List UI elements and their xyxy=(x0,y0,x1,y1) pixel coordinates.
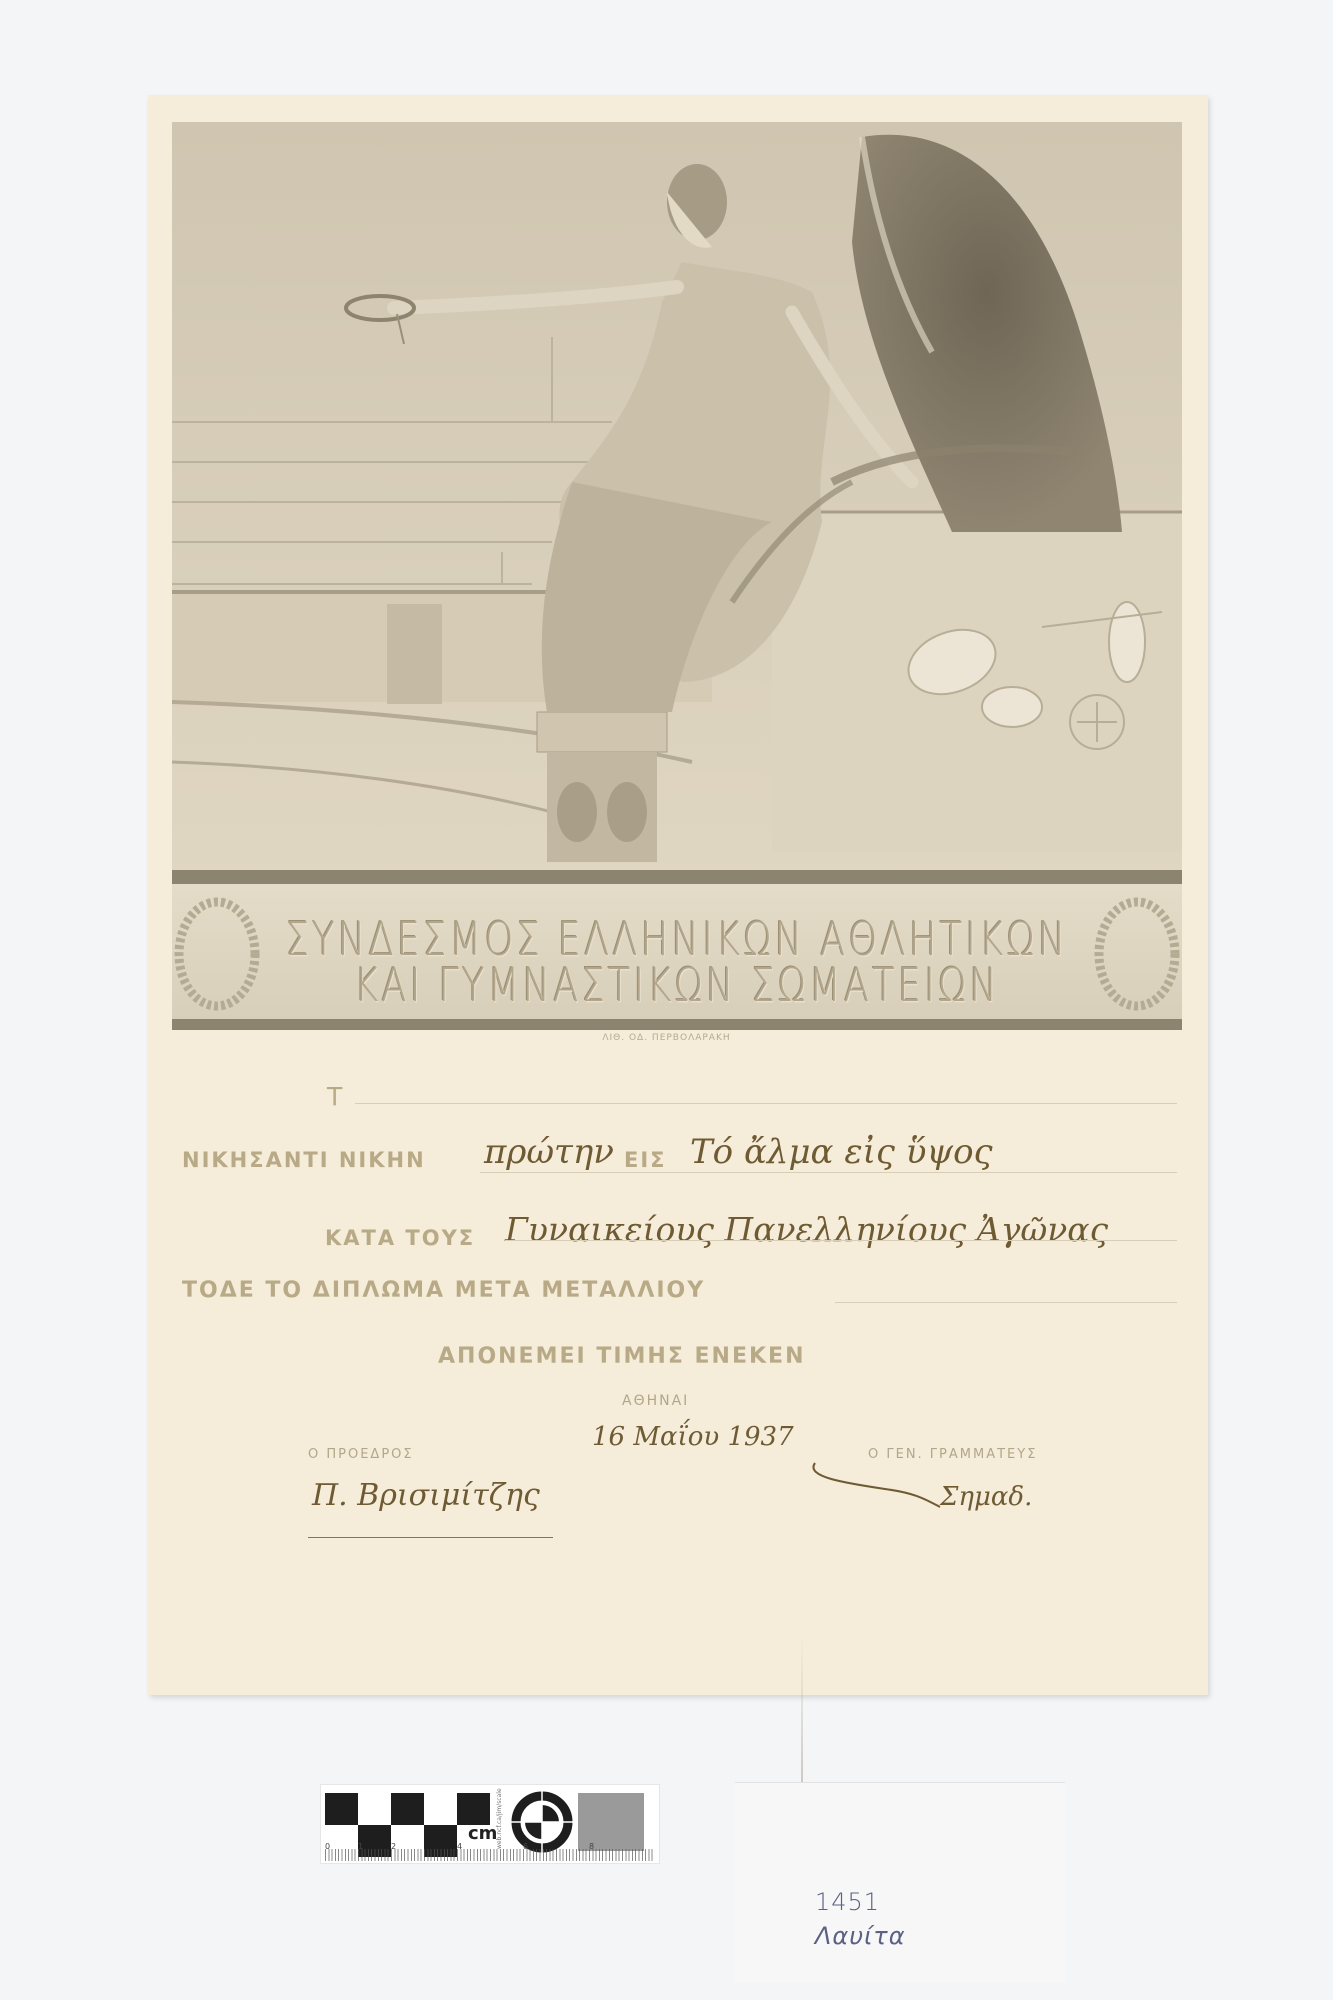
line1-label: ΝΙΚΗΣΑΝΤΙ ΝΙΚΗΝ xyxy=(182,1148,426,1172)
catalog-number: 1451 xyxy=(815,1888,880,1916)
line3-rule xyxy=(835,1302,1177,1303)
date-value: 16 Μαΐου 1937 xyxy=(592,1422,794,1452)
line4-label: ΑΠΟΝΕΜΕΙ ΤΙΜΗΣ ΕΝΕΚΕΝ xyxy=(438,1344,806,1369)
line2-label: ΚΑΤΑ ΤΟΥΣ xyxy=(325,1226,475,1250)
president-signature-underline xyxy=(308,1537,553,1538)
secretary-signature: Σημαδ. xyxy=(940,1482,1032,1512)
recipient-prefix: Τ xyxy=(327,1082,344,1111)
scale-source-text: web.ncf.ca/jim/scale xyxy=(496,1789,503,1849)
catalog-card xyxy=(735,1782,1065,1983)
scale-square xyxy=(325,1793,358,1825)
line3-label: ΤΟΔΕ ΤΟ ΔΙΠΛΩΜΑ ΜΕΤΑ ΜΕΤΑΛΛΙΟΥ xyxy=(182,1278,705,1303)
line1-rule xyxy=(480,1172,1177,1173)
frieze-line-2: ΚΑΙ ΓΥΜΝΑΣΤΙΚΩΝ ΣΩΜΑΤΕΙΩΝ xyxy=(172,959,1182,1013)
president-signature: Π. Βρισιμίτζης xyxy=(312,1478,540,1513)
place-label: ΑΘΗΝΑΙ xyxy=(622,1393,689,1409)
line2-value: Γυναικείους Πανελληνίους Ἀγῶνας xyxy=(505,1210,1108,1249)
line1-value-b: Τό ἄλμα εἰς ὕψος xyxy=(690,1132,993,1172)
line1-label-b: ΕΙΣ xyxy=(624,1148,667,1172)
line1-value-a: πρώτην xyxy=(484,1132,614,1172)
catalog-name: Λαυίτα xyxy=(815,1922,906,1950)
scale-square xyxy=(457,1793,490,1825)
color-scale-bar: cm web.ncf.ca/jim/scale 0 1 2 4 6 8 xyxy=(320,1784,660,1864)
unit-label: cm xyxy=(468,1823,497,1844)
ruler-ticks xyxy=(325,1849,655,1861)
scale-square xyxy=(391,1793,424,1825)
recipient-line xyxy=(355,1103,1177,1104)
printer-credit: ΛΙΘ. ΟΔ. ΠΕΡΒΟΛΑΡΑΚΗ xyxy=(0,1033,1333,1043)
president-label: Ο ΠΡΟΕΔΡΟΣ xyxy=(308,1447,414,1462)
illustration-art xyxy=(172,122,1182,1030)
paper-crease xyxy=(801,1635,803,1795)
grey-reference-patch xyxy=(578,1793,644,1851)
target-icon xyxy=(511,1791,573,1853)
line2-rule xyxy=(505,1240,1177,1241)
victory-illustration: ΣΥΝΔΕΣΜΟΣ ΕΛΛΗΝΙΚΩΝ ΑΘΛΗΤΙΚΩΝ ΚΑΙ ΓΥΜΝΑΣ… xyxy=(172,122,1182,1030)
